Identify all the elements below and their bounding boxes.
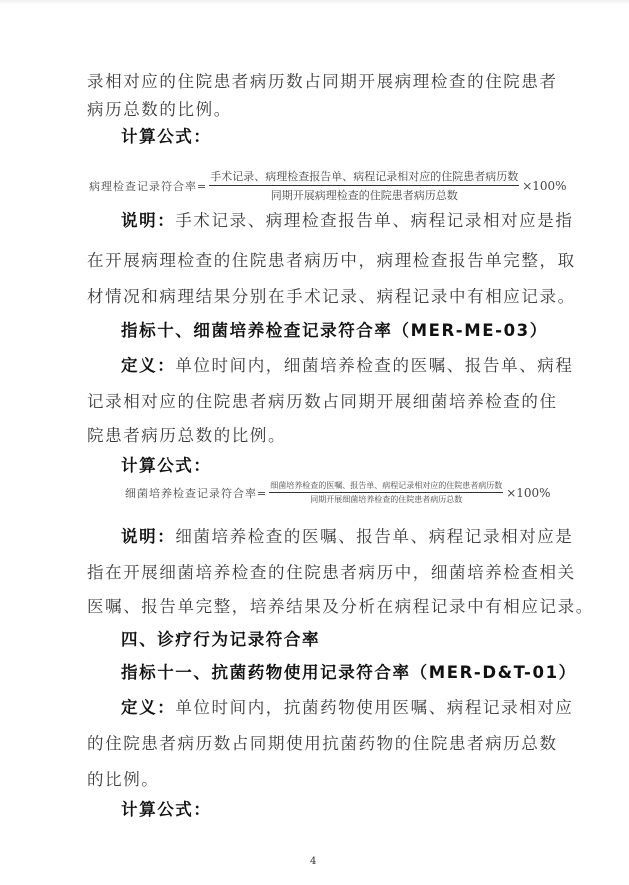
formula-multiplier: ×100% — [506, 486, 550, 500]
formula-fraction: 手术记录、病理检查报告单、病程记录相对应的住院患者病历数 同期开展病理检查的住院… — [209, 168, 519, 203]
section-4-title: 四、诊疗行为记录符合率 — [121, 630, 320, 650]
formula-multiplier: ×100% — [522, 179, 566, 193]
formula-pathology: 病理检查记录符合率= 手术记录、病理检查报告单、病程记录相对应的住院患者病历数 … — [89, 168, 567, 203]
formula-bacterial-culture: 细菌培养检查记录符合率= 细菌培养检查的医嘱、报告单、病程记录相对应的住院患者病… — [125, 480, 551, 505]
note-label: 说明： — [121, 527, 175, 546]
indicator-11-title: 指标十一、抗菌药物使用记录符合率（MER-D&T-01） — [121, 663, 577, 683]
note-label: 说明： — [121, 211, 175, 230]
formula-numerator: 细菌培养检查的医嘱、报告单、病程记录相对应的住院患者病历数 — [269, 480, 503, 493]
definition-line: 的住院患者病历数占同期使用抗菌药物的住院患者病历总数 — [87, 734, 558, 754]
formula-lhs: 病理检查记录符合率= — [89, 178, 207, 194]
formula-lhs: 细菌培养检查记录符合率= — [125, 485, 267, 501]
definition-text: 单位时间内，细菌培养检查的医嘱、报告单、病程 — [175, 356, 573, 375]
page-number: 4 — [310, 856, 316, 867]
definition-line: 定义：单位时间内，抗菌药物使用医嘱、病程记录相对应 — [121, 698, 574, 718]
definition-text: 单位时间内，抗菌药物使用医嘱、病程记录相对应 — [175, 698, 573, 717]
definition-line: 的比例。 — [87, 770, 159, 790]
body-text-line: 病历总数的比例。 — [87, 100, 232, 120]
note-text: 手术记录、病理检查报告单、病程记录相对应是指 — [175, 211, 573, 230]
definition-line: 院患者病历总数的比例。 — [87, 426, 286, 446]
indicator-10-title: 指标十、细菌培养检查记录符合率（MER-ME-03） — [121, 321, 548, 341]
definition-label: 定义： — [121, 698, 175, 717]
note-line: 医嘱、报告单完整，培养结果及分析在病程记录中有相应记录。 — [87, 597, 594, 617]
note-line: 在开展病理检查的住院患者病历中，病理检查报告单完整，取 — [87, 251, 576, 271]
formula-fraction: 细菌培养检查的医嘱、报告单、病程记录相对应的住院患者病历数 同期开展细菌培养检查… — [269, 480, 503, 505]
definition-label: 定义： — [121, 356, 175, 375]
formula-label: 计算公式： — [121, 456, 212, 476]
definition-line: 记录相对应的住院患者病历数占同期开展细菌培养检查的住 — [87, 392, 558, 412]
body-text-line: 录相对应的住院患者病历数占同期开展病理检查的住院患者 — [87, 72, 558, 92]
page-top-shadow — [0, 0, 629, 5]
formula-label: 计算公式： — [121, 800, 212, 820]
definition-line: 定义：单位时间内，细菌培养检查的医嘱、报告单、病程 — [121, 356, 574, 376]
note-line: 指在开展细菌培养检查的住院患者病历中，细菌培养检查相关 — [87, 563, 576, 583]
formula-denominator: 同期开展病理检查的住院患者病历总数 — [271, 186, 458, 203]
formula-label: 计算公式： — [121, 127, 212, 147]
note-line: 说明：手术记录、病理检查报告单、病程记录相对应是指 — [121, 211, 574, 231]
formula-denominator: 同期开展细菌培养检查的住院患者病历总数 — [310, 493, 462, 505]
note-line: 材情况和病理结果分别在手术记录、病程记录中有相应记录。 — [87, 287, 576, 307]
formula-numerator: 手术记录、病理检查报告单、病程记录相对应的住院患者病历数 — [209, 168, 519, 186]
note-text: 细菌培养检查的医嘱、报告单、病程记录相对应是 — [175, 527, 573, 546]
note-line: 说明：细菌培养检查的医嘱、报告单、病程记录相对应是 — [121, 527, 574, 547]
